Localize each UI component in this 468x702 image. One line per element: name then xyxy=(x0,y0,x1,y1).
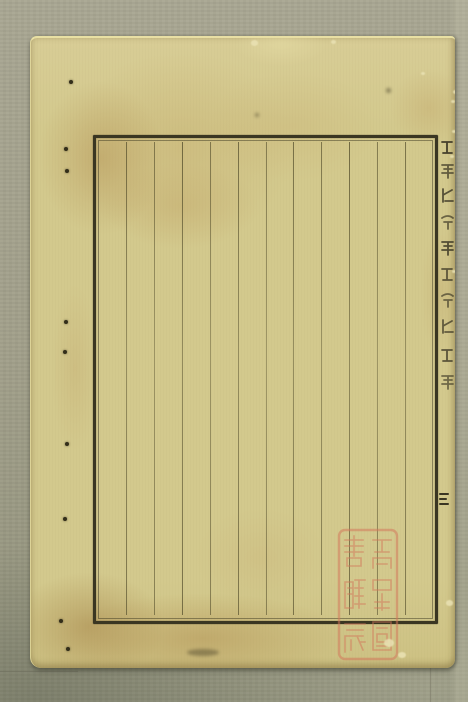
ink-smudge xyxy=(255,113,259,117)
binding-hole xyxy=(64,147,68,151)
damage-speck xyxy=(398,652,406,658)
rule-line xyxy=(405,142,406,615)
scan-backdrop xyxy=(0,0,468,702)
page-number-stroke xyxy=(439,498,447,500)
damage-speck xyxy=(331,40,336,44)
rule-line xyxy=(238,142,239,615)
damage-speck xyxy=(452,270,455,273)
damage-speck xyxy=(453,90,455,94)
character-fragment xyxy=(440,265,455,283)
character-fragment xyxy=(440,373,455,391)
character-fragment xyxy=(440,213,455,231)
rule-line xyxy=(182,142,183,615)
ink-smudge xyxy=(187,649,219,656)
book-page xyxy=(30,36,455,668)
backdrop-seam-horizontal xyxy=(0,671,78,672)
character-fragment xyxy=(440,138,455,156)
damage-speck xyxy=(446,600,453,606)
character-fragment xyxy=(440,346,455,364)
rule-line xyxy=(210,142,211,615)
rule-line xyxy=(293,142,294,615)
rule-line xyxy=(154,142,155,615)
damage-speck xyxy=(452,130,455,133)
seal-glyph xyxy=(345,536,363,566)
character-fragment xyxy=(440,187,455,205)
character-fragment xyxy=(440,162,455,180)
character-fragment xyxy=(440,318,455,336)
seal-glyph xyxy=(373,540,391,568)
damage-speck xyxy=(421,72,425,75)
binding-hole xyxy=(59,619,63,623)
seal-glyph xyxy=(345,580,365,608)
character-fragment xyxy=(440,291,455,309)
backdrop-seam-vertical xyxy=(430,667,431,702)
ink-smudge xyxy=(386,88,391,93)
seal-glyph xyxy=(373,580,391,610)
binding-hole xyxy=(65,169,69,173)
binding-hole xyxy=(69,80,73,84)
binding-hole xyxy=(64,320,68,324)
character-fragment xyxy=(440,239,455,257)
page-number-mark xyxy=(439,493,451,507)
binding-hole xyxy=(66,647,70,651)
binding-hole xyxy=(63,517,67,521)
rule-line xyxy=(321,142,322,615)
binding-hole xyxy=(63,350,67,354)
damage-speck xyxy=(384,639,394,647)
rule-line xyxy=(266,142,267,615)
damage-speck xyxy=(251,40,258,46)
page-number-stroke xyxy=(439,493,449,495)
rule-line xyxy=(126,142,127,615)
seal-glyph xyxy=(345,624,365,652)
page-number-stroke xyxy=(439,503,449,505)
binding-hole xyxy=(65,442,69,446)
